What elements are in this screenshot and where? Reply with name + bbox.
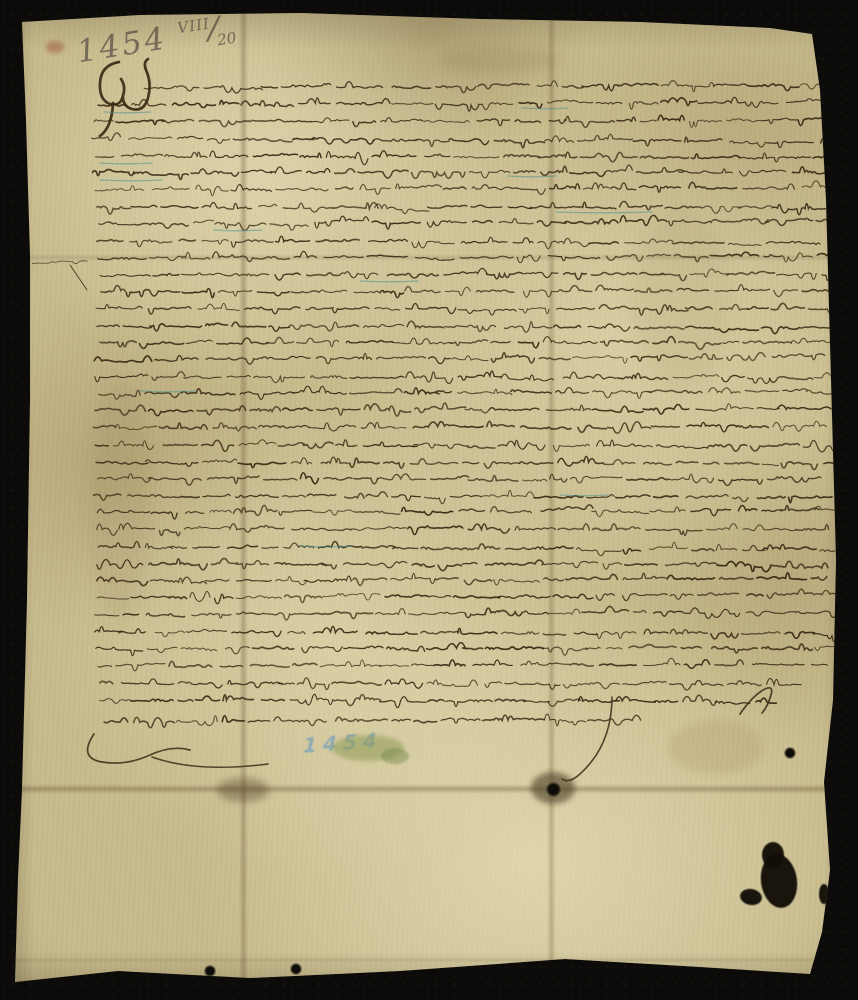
manuscript-line-word [487,421,514,426]
manuscript-line-word [592,510,649,517]
manuscript-line-word [678,169,732,173]
manuscript-line-word [101,286,125,293]
manuscript-line-word [412,241,454,248]
manuscript-line-word [274,717,326,726]
manuscript-line-word [96,647,143,655]
fold-crease-vertical [239,12,248,987]
manuscript-line-word [792,167,836,176]
manuscript-line-word [808,309,836,315]
manuscript-line-word [691,154,739,159]
manuscript-line-word [674,255,708,262]
manuscript-line-word [763,544,817,549]
manuscript-line-word [550,609,581,614]
manuscript-line-word [467,446,495,448]
manuscript-line-word [132,100,166,106]
manuscript-line-word [542,561,598,567]
manuscript-line-word [537,221,566,226]
manuscript-line-word [97,577,148,585]
parchment-sheet: 1454VIII/20 1454 [0,0,858,1000]
manuscript-line-word [485,682,501,688]
manuscript-line-word [596,594,614,601]
manuscript-line-word [800,84,835,89]
manuscript-line-word [543,337,597,344]
ink-blot [819,884,829,904]
manuscript-line-word [814,373,837,378]
manuscript-line-word [332,307,369,313]
stain [90,380,150,620]
manuscript-line-word [230,524,284,532]
manuscript-line-word [126,290,179,297]
teal-underline-mark [140,391,196,392]
manuscript-line-word [357,138,374,144]
manuscript-line-word [544,578,564,581]
ink-blot [739,887,763,907]
manuscript-line-word [748,307,769,310]
manuscript-line-word [813,634,836,642]
manuscript-line-word [179,239,195,241]
manuscript-line-word [150,324,202,331]
manuscript-line-word [123,614,138,615]
manuscript-line-word [376,608,406,614]
manuscript-line-word [554,444,590,451]
manuscript-line-word [542,647,587,655]
manuscript-line-word [236,560,269,568]
manuscript-line-word [292,528,351,530]
manuscript-line-word [239,440,276,446]
manuscript-line-word [220,666,243,667]
manuscript-line-word [242,170,272,172]
manuscript-line-word [544,714,585,726]
manuscript-line-word [508,206,532,208]
manuscript-line-word [454,156,499,157]
manuscript-line-word [159,423,207,429]
manuscript-line-word [231,240,273,247]
manuscript-line-word [643,405,689,415]
opening-initial [100,59,150,136]
manuscript-line-word [408,526,463,534]
manuscript-line-word [661,81,714,92]
manuscript-line-word [150,577,206,584]
manuscript-line-word [162,119,193,122]
manuscript-line-word [644,629,668,634]
manuscript-line-word [336,717,388,721]
manuscript-line-word [601,340,633,346]
manuscript-line-word [570,476,622,482]
manuscript-line-word [737,426,769,428]
manuscript-line-word [654,611,683,616]
manuscript-line-word [634,610,647,612]
manuscript-line-word [270,224,308,230]
manuscript-line-word [181,389,235,395]
manuscript-line-word [98,474,151,482]
manuscript-line-word [213,423,256,431]
manuscript-line-word [119,523,155,529]
manuscript-line-word [116,663,165,671]
manuscript-line-word [558,524,589,530]
manuscript-line-word [681,647,701,649]
manuscript-line-word [574,632,597,634]
manuscript-line-word [353,578,387,585]
manuscript-line-word [676,461,698,462]
manuscript-line-word [284,595,322,603]
manuscript-line-word [783,389,808,392]
manuscript-line-word [562,86,583,88]
manuscript-line-word [473,660,512,665]
manuscript-line-word [155,631,184,637]
manuscript-line-word [743,341,791,343]
manuscript-line-word [710,252,758,256]
manuscript-line-word [468,476,517,482]
handwriting-layer [0,0,858,1000]
manuscript-line-word [332,681,381,685]
manuscript-line-word [539,358,570,360]
manuscript-line-word [471,205,502,207]
manuscript-line-word [635,288,672,292]
manuscript-line-word [240,392,294,400]
manuscript-line-word [458,371,502,380]
manuscript-line-word [519,102,542,108]
manuscript-line-word [767,678,802,685]
manuscript-line-word [148,409,193,416]
manuscript-line-word [514,171,535,173]
manuscript-line-word [92,133,121,141]
manuscript-line-word [372,221,420,229]
manuscript-line-word [178,700,193,702]
manuscript-line-word [392,495,421,501]
manuscript-line-word [784,253,813,262]
manuscript-line-word [360,184,390,194]
manuscript-line-word [392,86,430,88]
manuscript-line-word [714,84,749,86]
manuscript-line-word [119,629,145,633]
manuscript-line-word [441,718,480,723]
manuscript-line-word [212,252,238,258]
manuscript-line-word [534,496,583,498]
manuscript-line-word [583,202,616,209]
teal-underline-mark [100,163,152,164]
teal-underline-mark [556,212,652,213]
manuscript-line-word [310,423,356,431]
manuscript-line-word [344,563,366,565]
manuscript-line-word [545,136,574,142]
manuscript-line-word [135,223,189,228]
manuscript-line-word [696,409,726,411]
manuscript-line-word [97,325,119,327]
manuscript-line-word [344,646,383,648]
fold-crease-horizontal [14,254,842,261]
manuscript-line-word [802,181,831,189]
manuscript-line-word [617,373,668,379]
manuscript-line-word [625,564,657,565]
manuscript-line-word [558,456,604,466]
manuscript-line-word [640,156,689,158]
manuscript-line-word [463,462,479,464]
manuscript-line-word [649,542,687,549]
manuscript-line-word [623,594,668,601]
manuscript-line-word [402,507,453,515]
manuscript-line-word [237,612,264,614]
manuscript-line-word [465,614,485,618]
manuscript-line-word [151,512,177,519]
manuscript-line-word [626,527,640,530]
manuscript-line-word [414,721,437,723]
manuscript-line-word [443,187,466,189]
manuscript-line-word [153,187,190,190]
manuscript-line-word [95,627,122,632]
manuscript-line-word [490,408,539,411]
stain [668,720,764,774]
manuscript-line-word [97,206,131,214]
manuscript-line-word [282,495,305,497]
manuscript-line-word [337,82,383,88]
manuscript-line-word [458,309,516,315]
manuscript-line-word [198,303,239,310]
manuscript-line-word [324,478,352,481]
manuscript-line-word [478,103,513,110]
manuscript-line-word [816,219,833,221]
manuscript-line-word [593,524,626,531]
manuscript-line-word [268,665,289,667]
stain [630,210,730,390]
manuscript-line-word [322,564,337,568]
manuscript-line-word [120,258,147,260]
manuscript-line-word [547,100,592,103]
manuscript-line-word [670,594,693,600]
manuscript-line-word [425,497,445,503]
manuscript-line-word [177,136,202,138]
manuscript-line-word [430,595,451,597]
manuscript-line-word [634,327,683,329]
manuscript-line-word [378,474,426,480]
manuscript-line-word [764,255,782,257]
manuscript-line-word [377,357,426,359]
manuscript-line-word [435,391,451,393]
manuscript-line-word [463,648,483,650]
manuscript-line-word [445,287,470,295]
manuscript-line-word [468,524,509,533]
manuscript-line-word [134,172,188,180]
manuscript-line-word [191,169,239,176]
manuscript-line-word [730,141,766,147]
manuscript-line-word [557,308,595,310]
manuscript-line-word [100,681,113,683]
manuscript-line-word [822,275,835,281]
manuscript-line-word [733,497,748,502]
manuscript-line-word [431,476,469,480]
manuscript-line-word [564,682,620,688]
manuscript-line-word [715,285,770,292]
manuscript-line-word [217,338,268,344]
manuscript-line-word [427,643,466,650]
manuscript-line-word [578,134,633,141]
manuscript-line-word [232,631,281,637]
manuscript-line-word [722,375,745,381]
manuscript-line-word [556,388,589,394]
ink-blot [757,852,800,910]
manuscript-line-word [541,166,567,175]
manuscript-line-word [297,338,339,346]
manuscript-line-word [294,251,316,257]
manuscript-line-word [811,664,827,665]
pencil-month: VIII [176,14,211,37]
manuscript-line-word [587,495,614,498]
manuscript-line-word [484,462,520,468]
manuscript-line-word [494,140,544,148]
manuscript-line-word [631,355,687,361]
manuscript-line-word [227,545,257,548]
manuscript-line-word [152,372,185,381]
manuscript-line-word [228,680,282,687]
manuscript-line-word [501,374,554,381]
manuscript-line-word [473,221,493,223]
manuscript-line-word [703,462,719,464]
manuscript-line-word [803,440,839,452]
manuscript-line-word [799,327,831,328]
manuscript-line-word [477,119,509,126]
manuscript-line-word [720,206,741,211]
manuscript-line-word [781,505,819,510]
manuscript-line-word [563,372,615,379]
manuscript-line-word [237,596,282,599]
manuscript-line-word [738,206,773,209]
marginal-note [32,261,87,264]
manuscript-line-word [321,457,348,463]
manuscript-line-word [404,388,439,394]
manuscript-line-word [303,442,333,448]
manuscript-line-word [104,718,127,723]
manuscript-line-word [375,204,429,214]
manuscript-line-word [727,272,775,275]
manuscript-line-word [723,341,739,343]
manuscript-line-word [163,444,197,445]
manuscript-line-word [757,573,807,580]
manuscript-line-word [640,273,664,275]
fold-crease-horizontal [14,784,842,794]
manuscript-line-word [406,372,453,384]
manuscript-line-word [717,561,771,571]
manuscript-line-word [427,221,466,227]
manuscript-line-word [538,238,589,248]
manuscript-line-word [194,220,214,223]
manuscript-line-word [323,593,380,600]
manuscript-line-word [99,390,140,399]
manuscript-line-word [728,243,761,245]
manuscript-line-word [380,697,426,708]
manuscript-line-word [611,183,636,190]
manuscript-line-word [633,139,681,145]
manuscript-line-word [720,577,753,579]
manuscript-line-word [116,120,165,124]
manuscript-line-word [261,119,311,121]
manuscript-line-word [774,290,798,297]
manuscript-line-word [752,663,804,665]
manuscript-line-word [387,646,425,651]
stain [381,748,409,764]
manuscript-line-word [689,354,722,360]
manuscript-line-word [485,647,543,649]
manuscript-line-word [449,139,489,145]
manuscript-line-word [95,445,108,446]
manuscript-line-word [181,497,199,498]
teal-underline-mark [214,230,262,231]
teal-underline-mark [100,180,162,181]
signature-flourish [152,757,268,767]
manuscript-line-word [747,594,763,596]
manuscript-line-word [202,240,228,245]
stain [46,41,64,53]
manuscript-line-word [711,633,738,639]
manuscript-line-word [307,168,331,173]
manuscript-line-word [766,241,820,244]
manuscript-line-word [679,342,721,350]
manuscript-line-word [629,102,658,110]
manuscript-line-word [738,505,756,510]
manuscript-line-word [773,421,827,431]
manuscript-line-word [373,139,418,141]
manuscript-line-word [599,305,638,309]
manuscript-line-word [336,187,354,189]
manuscript-line-word [429,357,451,364]
manuscript-line-word [145,392,179,398]
manuscript-line-word [384,462,404,468]
manuscript-line-word [517,255,540,263]
manuscript-line-word [153,274,179,277]
worm-hole [784,747,796,759]
manuscript-line-word [262,547,278,548]
manuscript-line-word [465,408,489,413]
manuscript-line-word [460,256,513,258]
manuscript-line-word [236,495,279,498]
manuscript-line-word [190,591,210,601]
manuscript-line-word [603,563,621,569]
manuscript-line-word [588,715,641,725]
manuscript-line-word [813,157,832,159]
manuscript-line-word [257,292,289,296]
manuscript-line-word [261,87,277,88]
manuscript-line-word [565,219,618,224]
manuscript-line-word [394,427,407,428]
manuscript-line-word [796,524,829,530]
manuscript-line-word [279,510,312,515]
manuscript-line-word [169,661,212,667]
manuscript-line-word [226,647,250,654]
manuscript-line-word [762,510,782,512]
manuscript-line-word [211,558,237,564]
manuscript-line-word [335,169,355,174]
manuscript-line-word [684,660,709,669]
manuscript-line-word [381,291,404,298]
manuscript-line-word [757,408,779,410]
manuscript-line-word [745,391,779,392]
manuscript-line-word [267,337,294,343]
manuscript-line-word [669,680,723,690]
manuscript-line-word [353,121,376,127]
manuscript-line-word [584,183,610,189]
manuscript-line-word [481,490,534,497]
manuscript-line-word [495,699,526,701]
manuscript-line-word [290,694,332,705]
manuscript-line-word [206,323,228,325]
teal-underline-mark [360,281,418,282]
manuscript-line-word [716,545,736,551]
manuscript-line-word [619,83,658,85]
manuscript-line-word [405,286,440,292]
manuscript-line-word [307,273,340,276]
manuscript-line-word [792,338,838,343]
manuscript-line-word [94,356,152,362]
manuscript-line-word [304,576,351,582]
manuscript-line-word [97,560,143,570]
